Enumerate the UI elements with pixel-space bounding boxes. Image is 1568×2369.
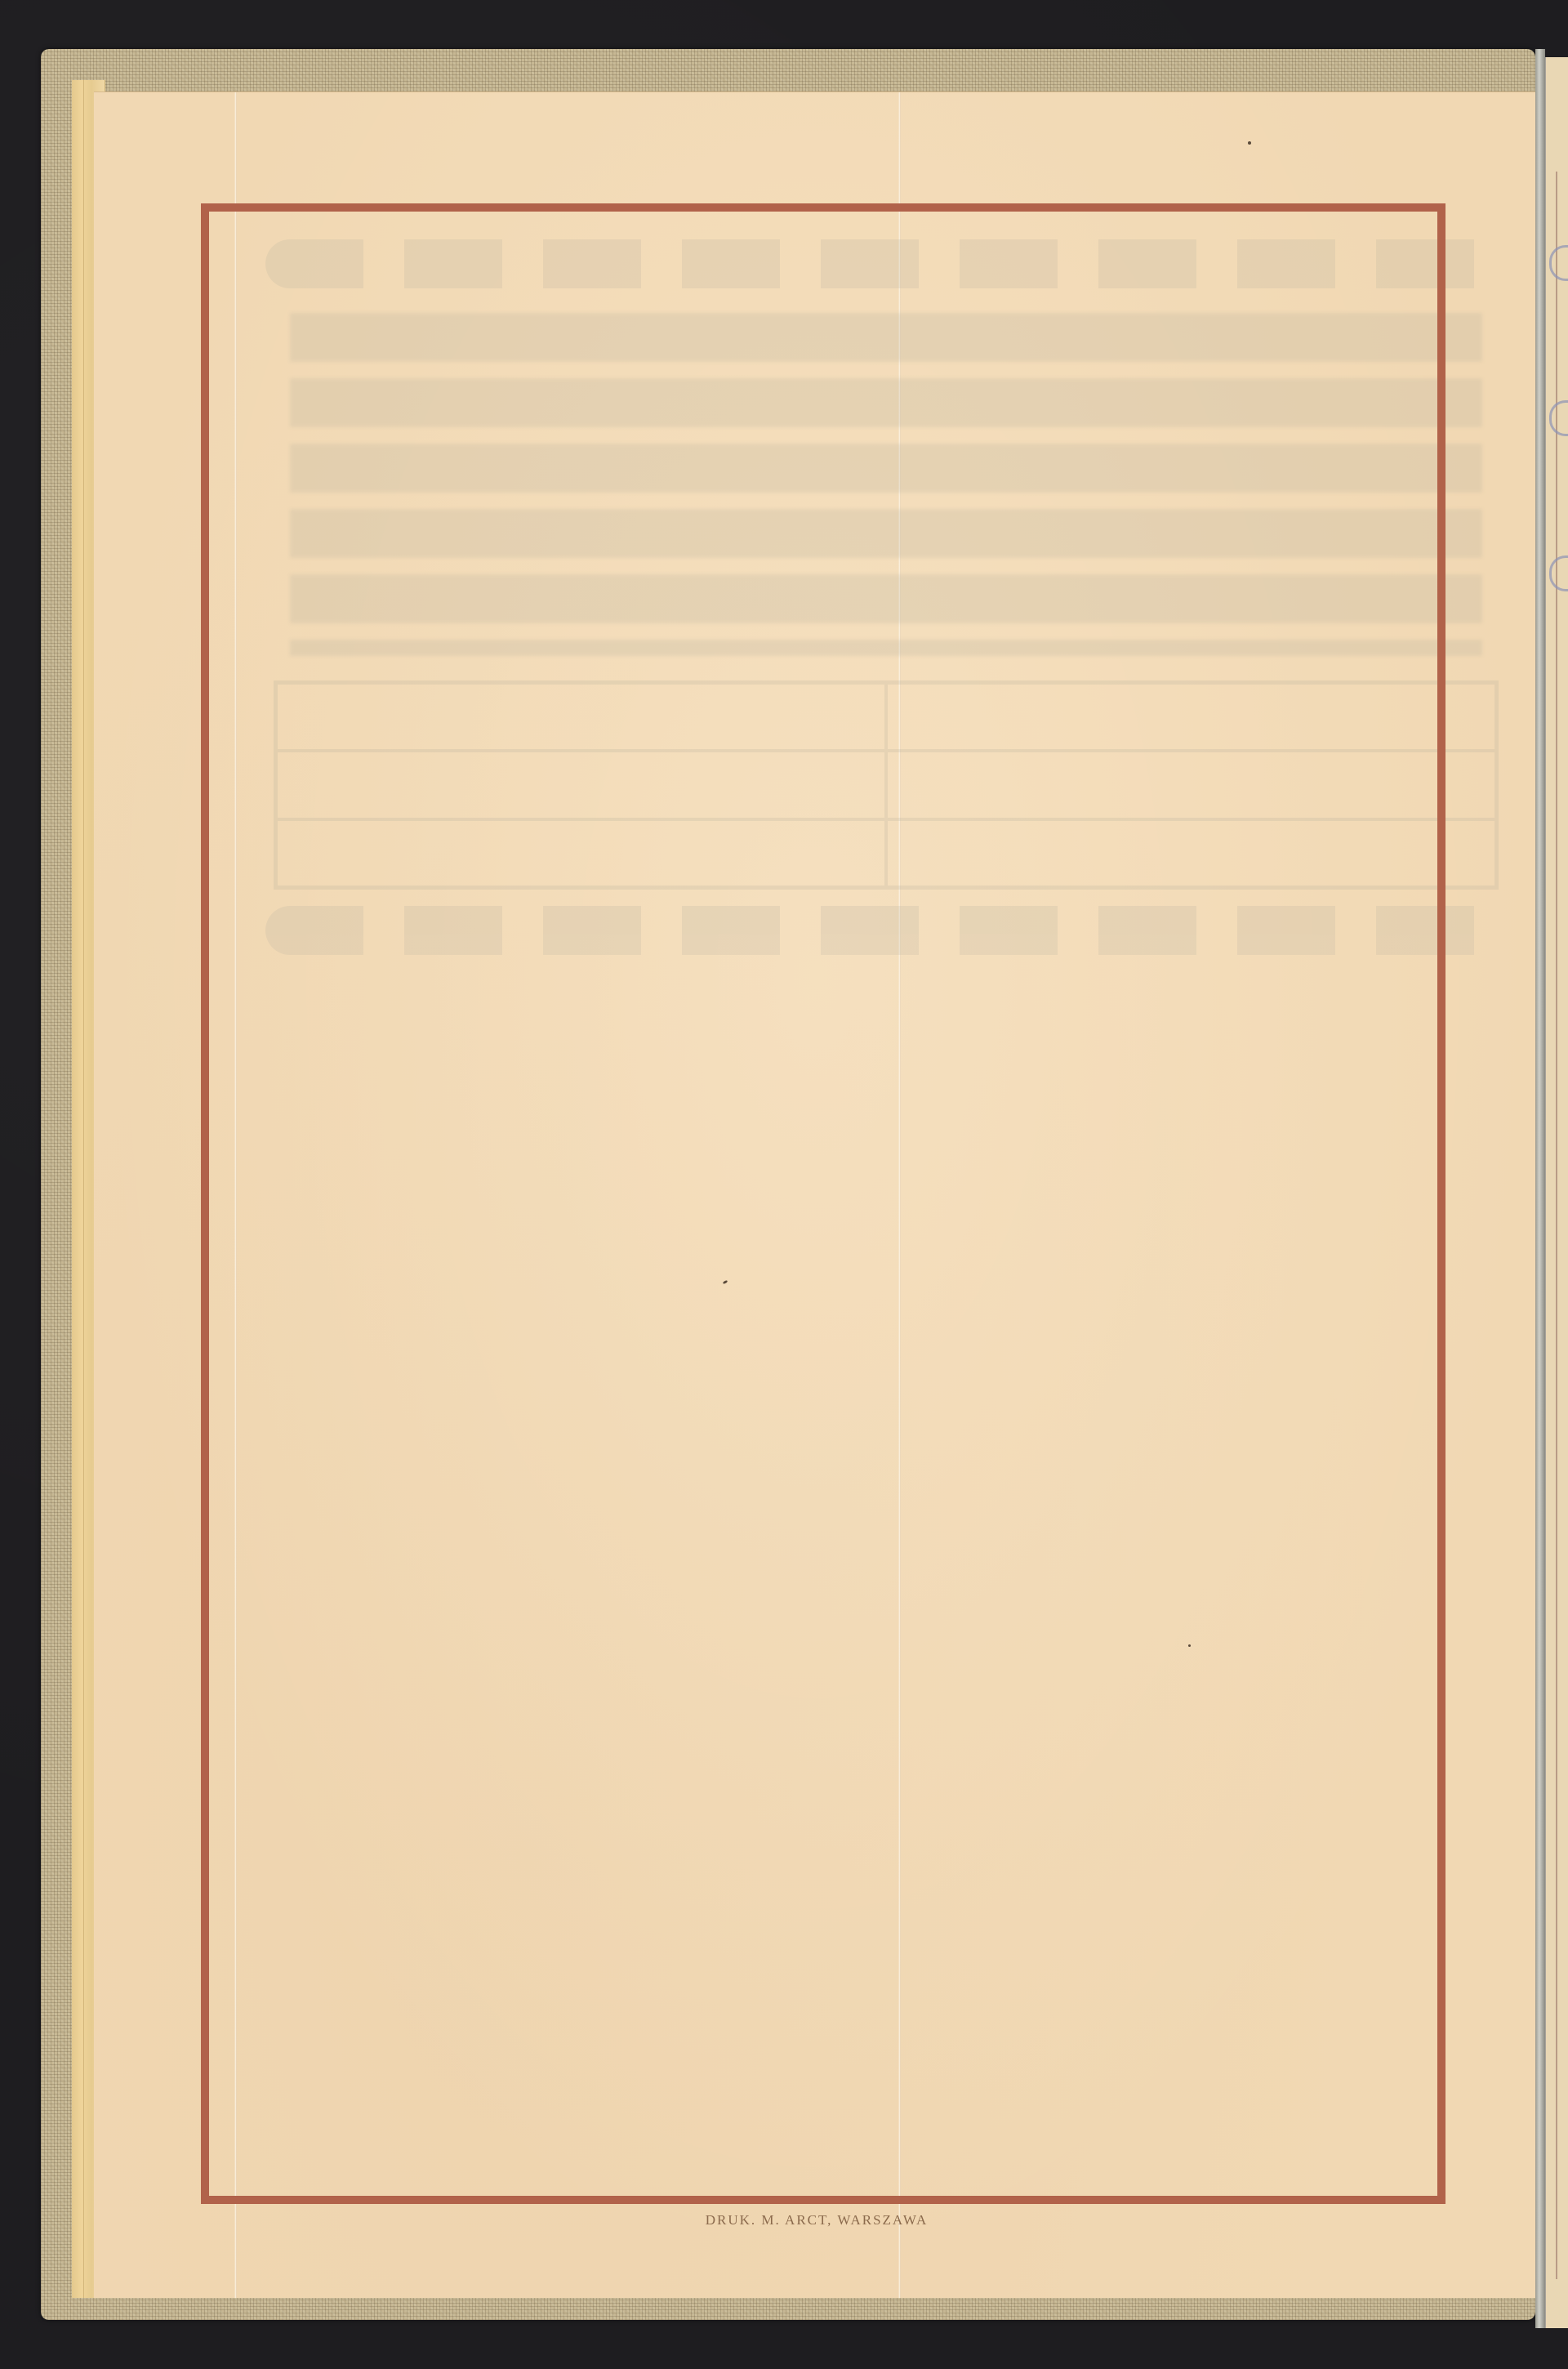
page-frame-border — [201, 203, 1445, 2204]
adjacent-page-ornament — [1549, 555, 1568, 591]
gutter — [1535, 49, 1545, 2328]
adjacent-page-ornament — [1549, 245, 1568, 281]
paper-speck — [1248, 141, 1251, 145]
adjacent-page-rule — [1556, 172, 1557, 2279]
printer-imprint: DRUK. M. ARCT, WARSZAWA — [94, 2212, 1539, 2228]
adjacent-page-ornament — [1549, 400, 1568, 436]
adjacent-page-edge — [1545, 57, 1568, 2328]
page-paper: DRUK. M. ARCT, WARSZAWA — [94, 91, 1539, 2298]
paper-speck — [1188, 1644, 1191, 1647]
